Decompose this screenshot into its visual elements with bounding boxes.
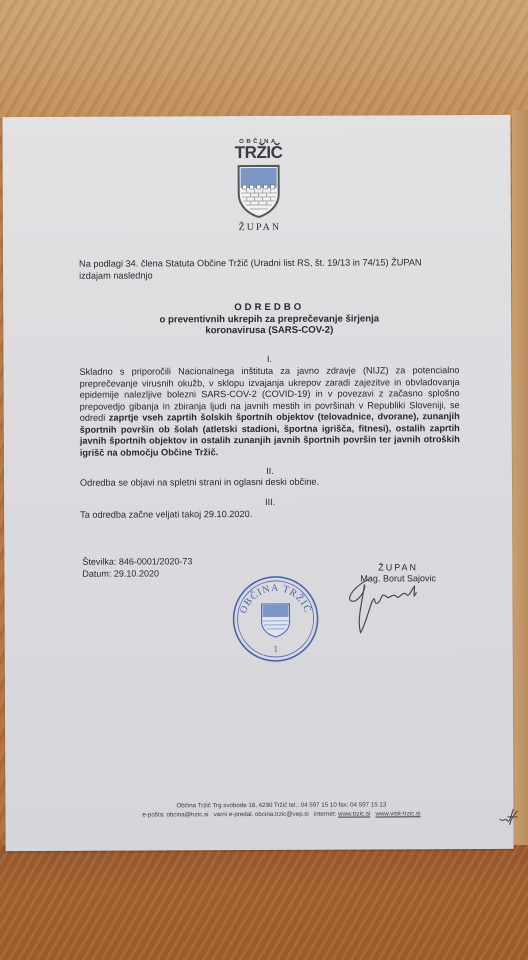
- section-1-text: Skladno s priporočili Nacionalnega inšti…: [79, 365, 459, 459]
- footer-internet-label: internet:: [314, 810, 336, 817]
- letterhead: OBČINA TRŽIČ: [228, 139, 288, 218]
- wooden-table-bottom: [0, 845, 528, 960]
- official-stamp-icon: OBČINA TRŽIČ 1: [230, 574, 320, 664]
- document-footer: Občina Tržič Trg svobode 18, 4290 Tržič …: [81, 801, 481, 820]
- wooden-table-right: [512, 110, 528, 855]
- footer-visit-website-link: www.visit-trzic.si: [375, 810, 420, 817]
- document-title: ODREDBO o preventivnih ukrepih za prepre…: [79, 301, 459, 337]
- document-page: OBČINA TRŽIČ ŽUPAN Na podlagi 34. člena …: [2, 115, 513, 851]
- handwritten-signature-icon: [342, 570, 432, 640]
- section-number-1: I.: [79, 353, 459, 365]
- section-number-2: II.: [80, 465, 460, 477]
- footer-email: e-pošta: obcina@trzic.si: [142, 811, 208, 818]
- coat-of-arms-icon: [237, 164, 281, 218]
- stamp-number: 1: [273, 644, 278, 654]
- intro-paragraph: Na podlagi 34. člena Statuta Občine Trži…: [79, 257, 439, 282]
- handwritten-initials-icon: [497, 805, 519, 829]
- title-subtitle-line2: koronavirusa (SARS-COV-2): [79, 324, 459, 337]
- wooden-table-top: [0, 0, 528, 118]
- section-2-text: Odredba se objavi na spletni strani in o…: [80, 476, 460, 489]
- municipality-name: TRŽIČ: [229, 145, 289, 161]
- office-title: ŽUPAN: [230, 222, 290, 233]
- section-number-3: III.: [80, 496, 460, 508]
- document-date: Datum: 29.10.2020: [82, 568, 192, 580]
- document-number: Številka: 846-0001/2020-73: [82, 556, 192, 568]
- footer-website-link: www.trzic.si: [338, 810, 370, 817]
- footer-contacts: e-pošta: obcina@trzic.si varni e-predal:…: [81, 810, 481, 820]
- section-3-text: Ta odredba začne veljati takoj 29.10.202…: [80, 508, 460, 521]
- document-meta: Številka: 846-0001/2020-73 Datum: 29.10.…: [82, 556, 192, 579]
- section-1-bold: zaprtje vseh zaprtih šolskih športnih ob…: [80, 411, 460, 457]
- footer-secure-email: varni e-predal: obcina.trzic@vep.si: [214, 810, 309, 817]
